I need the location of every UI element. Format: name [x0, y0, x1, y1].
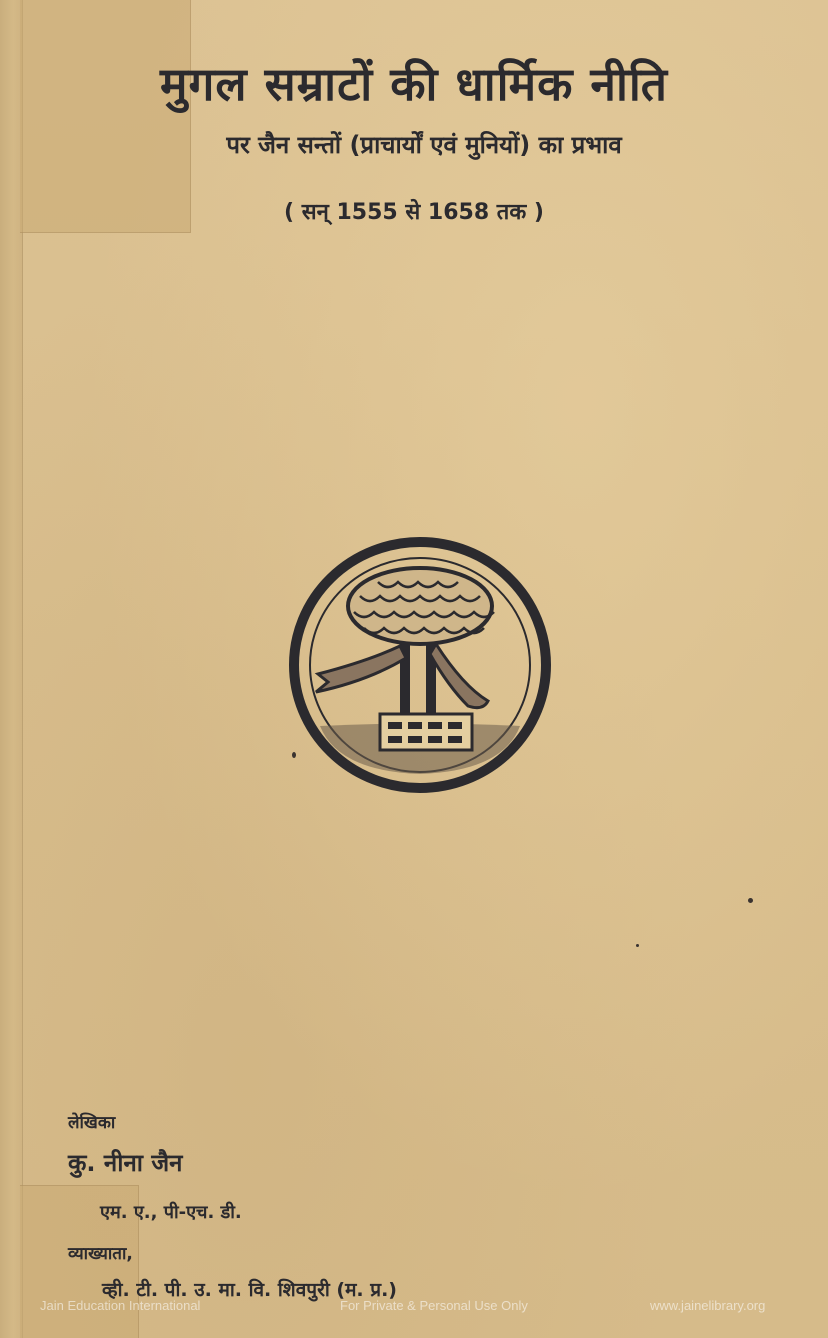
book-title: मुगल सम्राटों की धार्मिक नीति — [0, 52, 828, 114]
book-cover: मुगल सम्राटों की धार्मिक नीति पर जैन सन्… — [0, 0, 828, 1338]
paper-speck — [636, 944, 639, 947]
watermark-middle: For Private & Personal Use Only — [340, 1298, 528, 1313]
author-role: व्याख्याता, — [68, 1241, 133, 1264]
author-degree: एम. ए., पी-एच. डी. — [100, 1200, 242, 1224]
book-period: ( सन् 1555 से 1658 तक ) — [0, 196, 828, 226]
book-subtitle: पर जैन सन्तों (प्राचार्यों एवं मुनियों) … — [0, 128, 828, 161]
author-name: कु. नीना जैन — [68, 1146, 182, 1179]
tree-emblem-icon — [288, 536, 552, 794]
paper-speck — [292, 752, 296, 758]
watermark-right: www.jainelibrary.org — [650, 1298, 765, 1313]
paper-speck — [748, 898, 753, 903]
watermark-left: Jain Education International — [40, 1298, 200, 1313]
author-label: लेखिका — [68, 1110, 115, 1133]
